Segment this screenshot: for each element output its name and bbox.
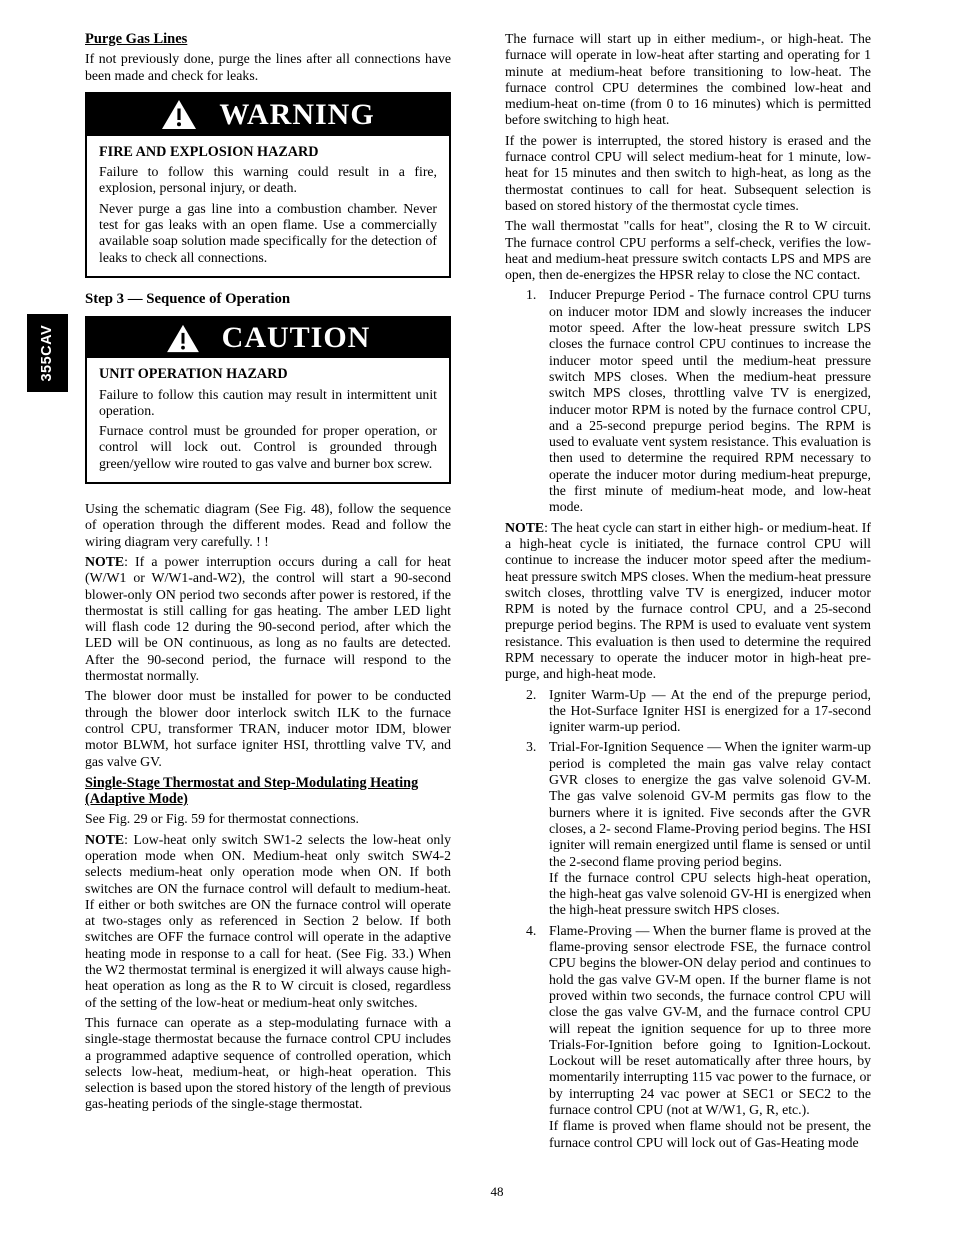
step3-heading: Step 3 — Sequence of Operation: [85, 291, 451, 307]
warning-paragraph-2: Never purge a gas line into a combustion…: [99, 201, 437, 266]
caution-box-header: CAUTION: [87, 318, 449, 358]
list-item-text: Inducer Prepurge Period - The furnace co…: [549, 287, 871, 514]
model-edge-tab: 355CAV: [27, 314, 68, 392]
list-item-flame-proving: 4. Flame-Proving — When the burner flame…: [505, 923, 871, 1119]
purge-gas-lines-heading: Purge Gas Lines: [85, 31, 451, 47]
power-interrupt-paragraph: If the power is interrupted, the stored …: [505, 133, 871, 214]
note-label: NOTE: [85, 554, 124, 569]
warning-hazard-heading: FIRE AND EXPLOSION HAZARD: [99, 144, 437, 160]
warning-box: WARNING FIRE AND EXPLOSION HAZARD Failur…: [85, 92, 451, 278]
schematic-paragraph: Using the schematic diagram (See Fig. 48…: [85, 501, 451, 550]
note-text: : The heat cycle can start in either hig…: [505, 520, 871, 682]
list-item-number: 3.: [526, 739, 536, 755]
caution-paragraph-2: Furnace control must be grounded for pro…: [99, 423, 437, 472]
step-modulating-paragraph: This furnace can operate as a step-modul…: [85, 1015, 451, 1113]
note-text: : Low-heat only switch SW1-2 selects the…: [85, 832, 451, 1010]
single-stage-heading-line2: (Adaptive Mode): [85, 791, 451, 807]
note-switches: NOTE: Low-heat only switch SW1-2 selects…: [85, 832, 451, 1011]
caution-hazard-heading: UNIT OPERATION HAZARD: [99, 366, 437, 382]
caution-box: CAUTION UNIT OPERATION HAZARD Failure to…: [85, 316, 451, 484]
right-column: The furnace will start up in either medi…: [505, 31, 871, 1151]
list-item-text: Flame-Proving — When the burner flame is…: [549, 923, 871, 1117]
note-text: : If a power interruption occurs during …: [85, 554, 451, 683]
note-label: NOTE: [85, 832, 124, 847]
purge-gas-lines-paragraph: If not previously done, purge the lines …: [85, 51, 451, 84]
startup-paragraph: The furnace will start up in either medi…: [505, 31, 871, 129]
left-column: Purge Gas Lines If not previously done, …: [85, 31, 451, 1113]
list-item-igniter-warmup: 2. Igniter Warm-Up — At the end of the p…: [505, 687, 871, 736]
list-item-trial-continuation: If the furnace control CPU selects high-…: [505, 870, 871, 919]
list-item-inducer-prepurge: 1. Inducer Prepurge Period - The furnace…: [505, 287, 871, 515]
caution-triangle-icon: [166, 324, 200, 353]
list-item-number: 2.: [526, 687, 536, 703]
warning-paragraph-1: Failure to follow this warning could res…: [99, 164, 437, 197]
single-stage-heading: Single-Stage Thermostat and Step-Modulat…: [85, 775, 451, 808]
single-stage-heading-line1: Single-Stage Thermostat and Step-Modulat…: [85, 775, 451, 791]
caution-paragraph-1: Failure to follow this caution may resul…: [99, 387, 437, 420]
list-item-text: Trial-For-Ignition Sequence — When the i…: [549, 739, 871, 868]
blower-door-paragraph: The blower door must be installed for po…: [85, 688, 451, 769]
warning-title: WARNING: [219, 100, 374, 130]
list-item-flame-continuation: If flame is proved when flame should not…: [505, 1118, 871, 1151]
warning-box-header: WARNING: [87, 94, 449, 136]
caution-box-body: UNIT OPERATION HAZARD Failure to follow …: [87, 358, 449, 482]
list-item-text: Igniter Warm-Up — At the end of the prep…: [549, 687, 871, 735]
wall-thermostat-paragraph: The wall thermostat "calls for heat", cl…: [505, 218, 871, 283]
note-power-interruption: NOTE: If a power interruption occurs dur…: [85, 554, 451, 684]
model-edge-tab-label: 355CAV: [39, 325, 55, 382]
manual-page: 355CAV Purge Gas Lines If not previously…: [0, 0, 954, 1235]
warning-triangle-icon: [161, 99, 197, 130]
list-item-number: 1.: [526, 287, 536, 303]
list-item-number: 4.: [526, 923, 536, 939]
note-heat-cycle: NOTE: The heat cycle can start in either…: [505, 520, 871, 683]
list-item-trial-for-ignition: 3. Trial-For-Ignition Sequence — When th…: [505, 739, 871, 869]
note-label: NOTE: [505, 520, 544, 535]
page-number: 48: [20, 1184, 954, 1200]
caution-title: CAUTION: [222, 323, 371, 353]
see-fig-paragraph: See Fig. 29 or Fig. 59 for thermostat co…: [85, 811, 451, 827]
warning-box-body: FIRE AND EXPLOSION HAZARD Failure to fol…: [87, 136, 449, 276]
